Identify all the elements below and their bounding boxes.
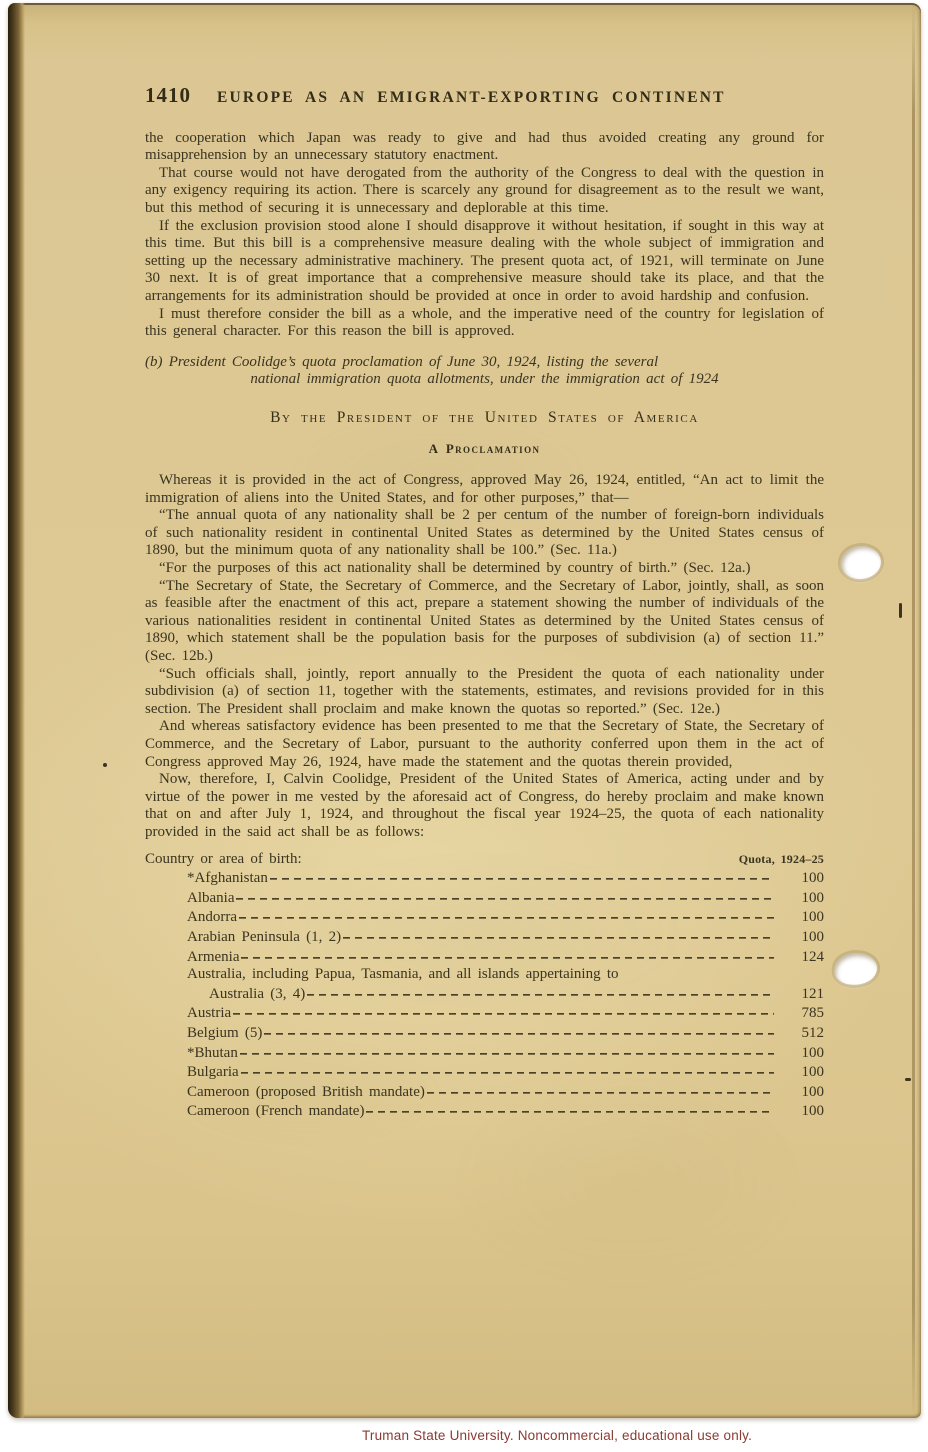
- proclamation-paragraph: Whereas it is provided in the act of Con…: [145, 472, 824, 507]
- quota-value: 100: [780, 1045, 824, 1063]
- country-name: Arabian Peninsula (1, 2): [187, 929, 341, 947]
- intro-paragraph: I must therefore consider the bill as a …: [145, 306, 824, 341]
- quota-row: Armenia124: [145, 947, 824, 967]
- dot-leader: [427, 1082, 774, 1096]
- proclamation-paragraphs: Whereas it is provided in the act of Con…: [145, 472, 824, 841]
- dot-leader: [270, 868, 774, 882]
- section-heading: (b) President Coolidge’s quota proclamat…: [145, 354, 824, 389]
- dot-leader: [233, 1003, 774, 1017]
- quota-value: 100: [780, 909, 824, 927]
- page-left-edge: [8, 3, 25, 1418]
- country-name: Cameroon (French mandate): [187, 1103, 364, 1121]
- country-name: Armenia: [187, 949, 239, 967]
- country-name: Cameroon (proposed British mandate): [187, 1084, 425, 1102]
- ink-speck: [103, 763, 107, 767]
- footer-credit: Truman State University. Noncommercial, …: [0, 1428, 928, 1443]
- intro-paragraph: If the exclusion provision stood alone I…: [145, 218, 824, 306]
- dot-leader: [264, 1023, 774, 1037]
- quota-row: Cameroon (proposed British mandate)100: [145, 1082, 824, 1102]
- quota-row: Belgium (5)512: [145, 1023, 824, 1043]
- country-name: Andorra: [187, 909, 237, 927]
- country-column-header: Country or area of birth:: [145, 851, 302, 869]
- quota-row: Bulgaria100: [145, 1062, 824, 1082]
- running-title: EUROPE AS AN EMIGRANT-EXPORTING CONTINEN…: [217, 89, 726, 107]
- proclamation-paragraph: “Such officials shall, jointly, report a…: [145, 666, 824, 719]
- quota-value: 785: [780, 1005, 824, 1023]
- country-name: Austria: [187, 1005, 231, 1023]
- ink-speck: [905, 1078, 911, 1081]
- proclamation-title: A Proclamation: [145, 440, 824, 458]
- country-name: Australia (3, 4): [209, 986, 305, 1004]
- country-name: Belgium (5): [187, 1025, 262, 1043]
- quota-value: 100: [780, 1103, 824, 1121]
- page-number: 1410: [145, 87, 191, 105]
- punch-hole-bottom: [833, 951, 878, 987]
- quota-row: Cameroon (French mandate)100: [145, 1101, 824, 1121]
- dot-leader: [239, 907, 774, 921]
- country-name: *Bhutan: [187, 1045, 238, 1063]
- quota-value: 100: [780, 1084, 824, 1102]
- proclamation-paragraph: Now, therefore, I, Calvin Coolidge, Pres…: [145, 771, 824, 841]
- country-name-prefix: Australia, including Papua, Tasmania, an…: [145, 966, 824, 984]
- quota-row: Andorra100: [145, 907, 824, 927]
- quota-table-header: Country or area of birth: Quota, 1924–25: [145, 851, 824, 869]
- intro-paragraphs: the cooperation which Japan was ready to…: [145, 130, 824, 341]
- proclamation-paragraph: “For the purposes of this act nationalit…: [145, 560, 824, 578]
- ink-speck: [899, 603, 902, 618]
- section-heading-line1: (b) President Coolidge’s quota proclamat…: [145, 354, 824, 372]
- country-name: *Afghanistan: [187, 870, 268, 888]
- quota-row: Albania100: [145, 888, 824, 908]
- proclamation-paragraph: And whereas satisfactory evidence has be…: [145, 718, 824, 771]
- quota-row: *Bhutan100: [145, 1043, 824, 1063]
- country-name: Albania: [187, 890, 234, 908]
- proclamation-paragraph: “The Secretary of State, the Secretary o…: [145, 578, 824, 666]
- quota-value: 100: [780, 1064, 824, 1082]
- dot-leader: [241, 947, 774, 961]
- intro-paragraph: That course would not have derogated fro…: [145, 165, 824, 218]
- proclamation-paragraph: “The annual quota of any nationality sha…: [145, 507, 824, 560]
- dot-leader: [307, 984, 774, 998]
- quota-row: *Afghanistan100: [145, 868, 824, 888]
- quota-column-header: Quota, 1924–25: [739, 851, 824, 869]
- quota-row: Australia (3, 4)121: [145, 984, 824, 1004]
- quota-value: 100: [780, 890, 824, 908]
- section-heading-line2: national immigration quota allotments, u…: [145, 371, 824, 389]
- dot-leader: [240, 1043, 774, 1057]
- country-name: Bulgaria: [187, 1064, 239, 1082]
- quota-value: 121: [780, 986, 824, 1004]
- dot-leader: [236, 888, 774, 902]
- running-head: 1410 EUROPE AS AN EMIGRANT-EXPORTING CON…: [145, 87, 824, 107]
- intro-paragraph: the cooperation which Japan was ready to…: [145, 130, 824, 165]
- dot-leader: [241, 1062, 774, 1076]
- page-right-edge: [912, 3, 915, 1418]
- page-content: 1410 EUROPE AS AN EMIGRANT-EXPORTING CON…: [145, 87, 824, 1121]
- dot-leader: [343, 927, 774, 941]
- quota-value: 100: [780, 929, 824, 947]
- presidential-byline: By the President of the United States of…: [145, 409, 824, 427]
- book-page: 1410 EUROPE AS AN EMIGRANT-EXPORTING CON…: [8, 3, 921, 1418]
- quota-row: Austria785: [145, 1003, 824, 1023]
- quota-row: Arabian Peninsula (1, 2)100: [145, 927, 824, 947]
- scan-background: 1410 EUROPE AS AN EMIGRANT-EXPORTING CON…: [0, 0, 928, 1452]
- quota-table: Country or area of birth: Quota, 1924–25…: [145, 851, 824, 1121]
- quota-rows: *Afghanistan100Albania100Andorra100Arabi…: [145, 868, 824, 1121]
- dot-leader: [366, 1101, 774, 1115]
- quota-value: 124: [780, 949, 824, 967]
- quota-value: 512: [780, 1025, 824, 1043]
- quota-value: 100: [780, 870, 824, 888]
- punch-hole-top: [839, 543, 883, 581]
